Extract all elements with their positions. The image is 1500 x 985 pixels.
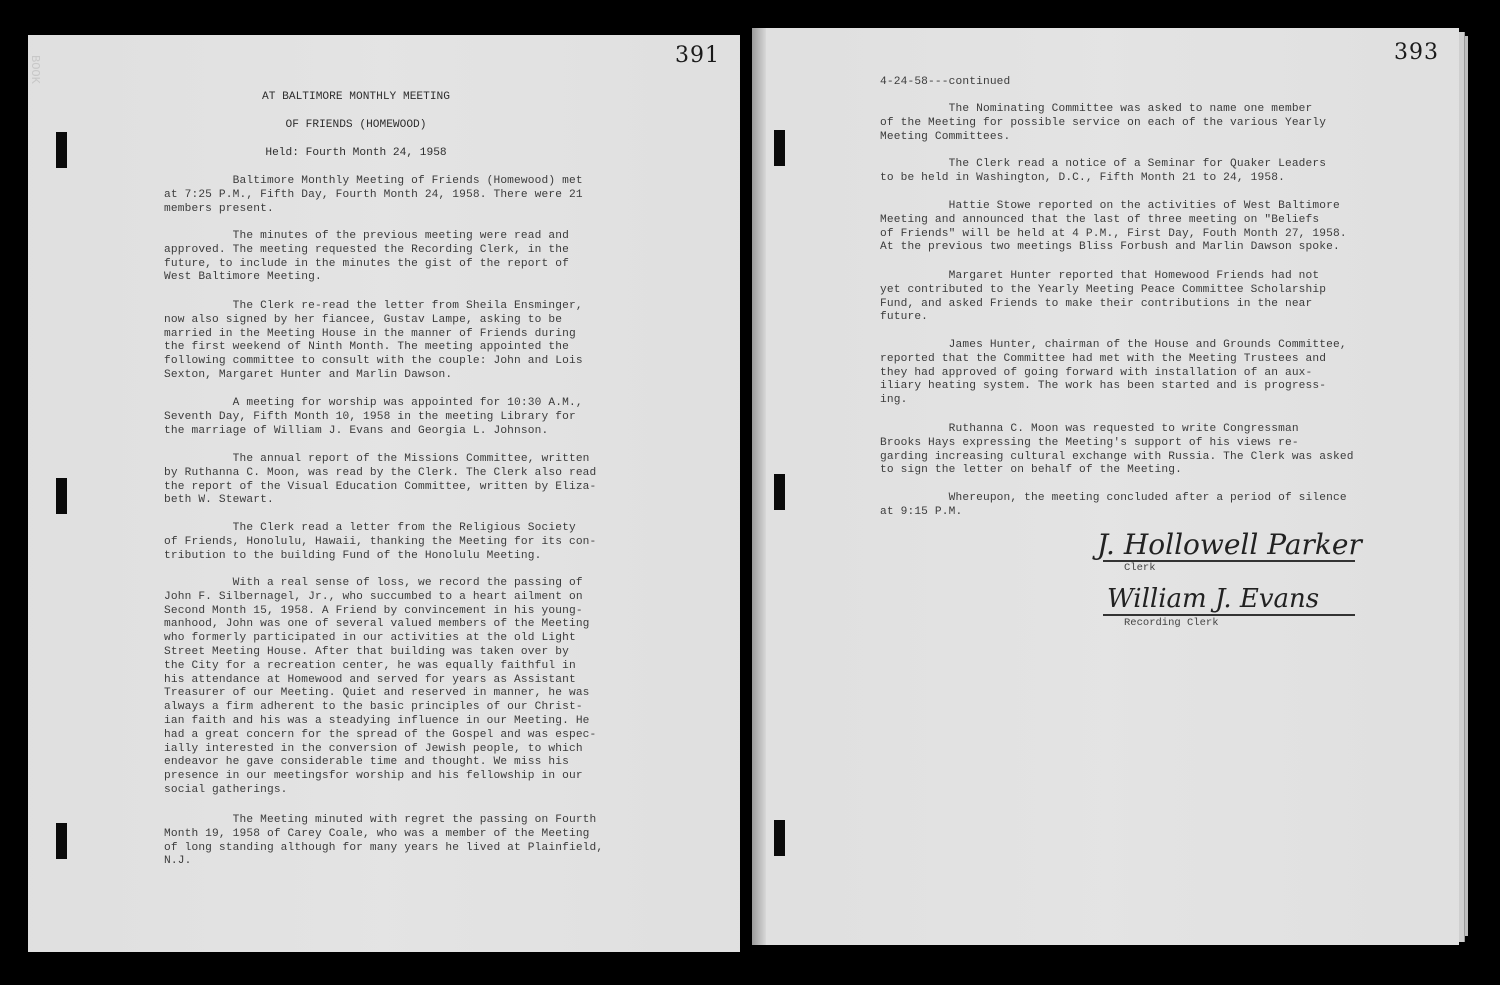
paragraph: Ruthanna C. Moon was requested to write … bbox=[880, 423, 1354, 478]
continued-label: 4-24-58---continued bbox=[880, 76, 1010, 90]
paragraph: James Hunter, chairman of the House and … bbox=[880, 339, 1347, 408]
paragraph: The Meeting minuted with regret the pass… bbox=[164, 814, 603, 869]
page-number: 393 bbox=[1394, 40, 1439, 65]
paragraph: A meeting for worship was appointed for … bbox=[164, 397, 583, 438]
margin-stamp: BOOK bbox=[28, 55, 42, 84]
paragraph: The Clerk re-read the letter from Sheila… bbox=[164, 300, 583, 383]
signature-title: Clerk bbox=[1124, 562, 1156, 574]
punch-hole bbox=[774, 820, 785, 856]
paragraph: Hattie Stowe reported on the activities … bbox=[880, 200, 1347, 255]
punch-hole bbox=[56, 478, 67, 514]
heading-line-1: AT BALTIMORE MONTHLY MEETING bbox=[28, 91, 684, 103]
right-page: 393 4-24-58---continued The Nominating C… bbox=[752, 28, 1459, 945]
paragraph: The Clerk read a letter from the Religio… bbox=[164, 522, 596, 563]
page-gutter-shadow bbox=[752, 28, 766, 945]
signature-line bbox=[1103, 614, 1355, 616]
paragraph: Baltimore Monthly Meeting of Friends (Ho… bbox=[164, 175, 583, 216]
paragraph: Margaret Hunter reported that Homewood F… bbox=[880, 270, 1326, 325]
paragraph: With a real sense of loss, we record the… bbox=[164, 577, 596, 798]
heading-line-2: OF FRIENDS (HOMEWOOD) bbox=[28, 119, 684, 131]
heading-line-3: Held: Fourth Month 24, 1958 bbox=[28, 147, 684, 159]
left-page: 391 BOOK AT BALTIMORE MONTHLY MEETING OF… bbox=[28, 35, 740, 952]
punch-hole bbox=[56, 823, 67, 859]
recording-clerk-signature: William J. Evans bbox=[1107, 584, 1319, 614]
clerk-signature: J. Hollowell Parker bbox=[1097, 528, 1362, 561]
signature-title: Recording Clerk bbox=[1124, 617, 1219, 629]
page-stack-edge bbox=[1459, 32, 1465, 942]
punch-hole bbox=[774, 474, 785, 510]
paragraph: The Clerk read a notice of a Seminar for… bbox=[880, 158, 1326, 186]
paragraph: The Nominating Committee was asked to na… bbox=[880, 103, 1326, 144]
paragraph: The annual report of the Missions Commit… bbox=[164, 453, 596, 508]
paragraph: Whereupon, the meeting concluded after a… bbox=[880, 492, 1347, 520]
page-number: 391 bbox=[675, 43, 720, 68]
punch-hole bbox=[774, 130, 785, 166]
paragraph: The minutes of the previous meeting were… bbox=[164, 230, 569, 285]
